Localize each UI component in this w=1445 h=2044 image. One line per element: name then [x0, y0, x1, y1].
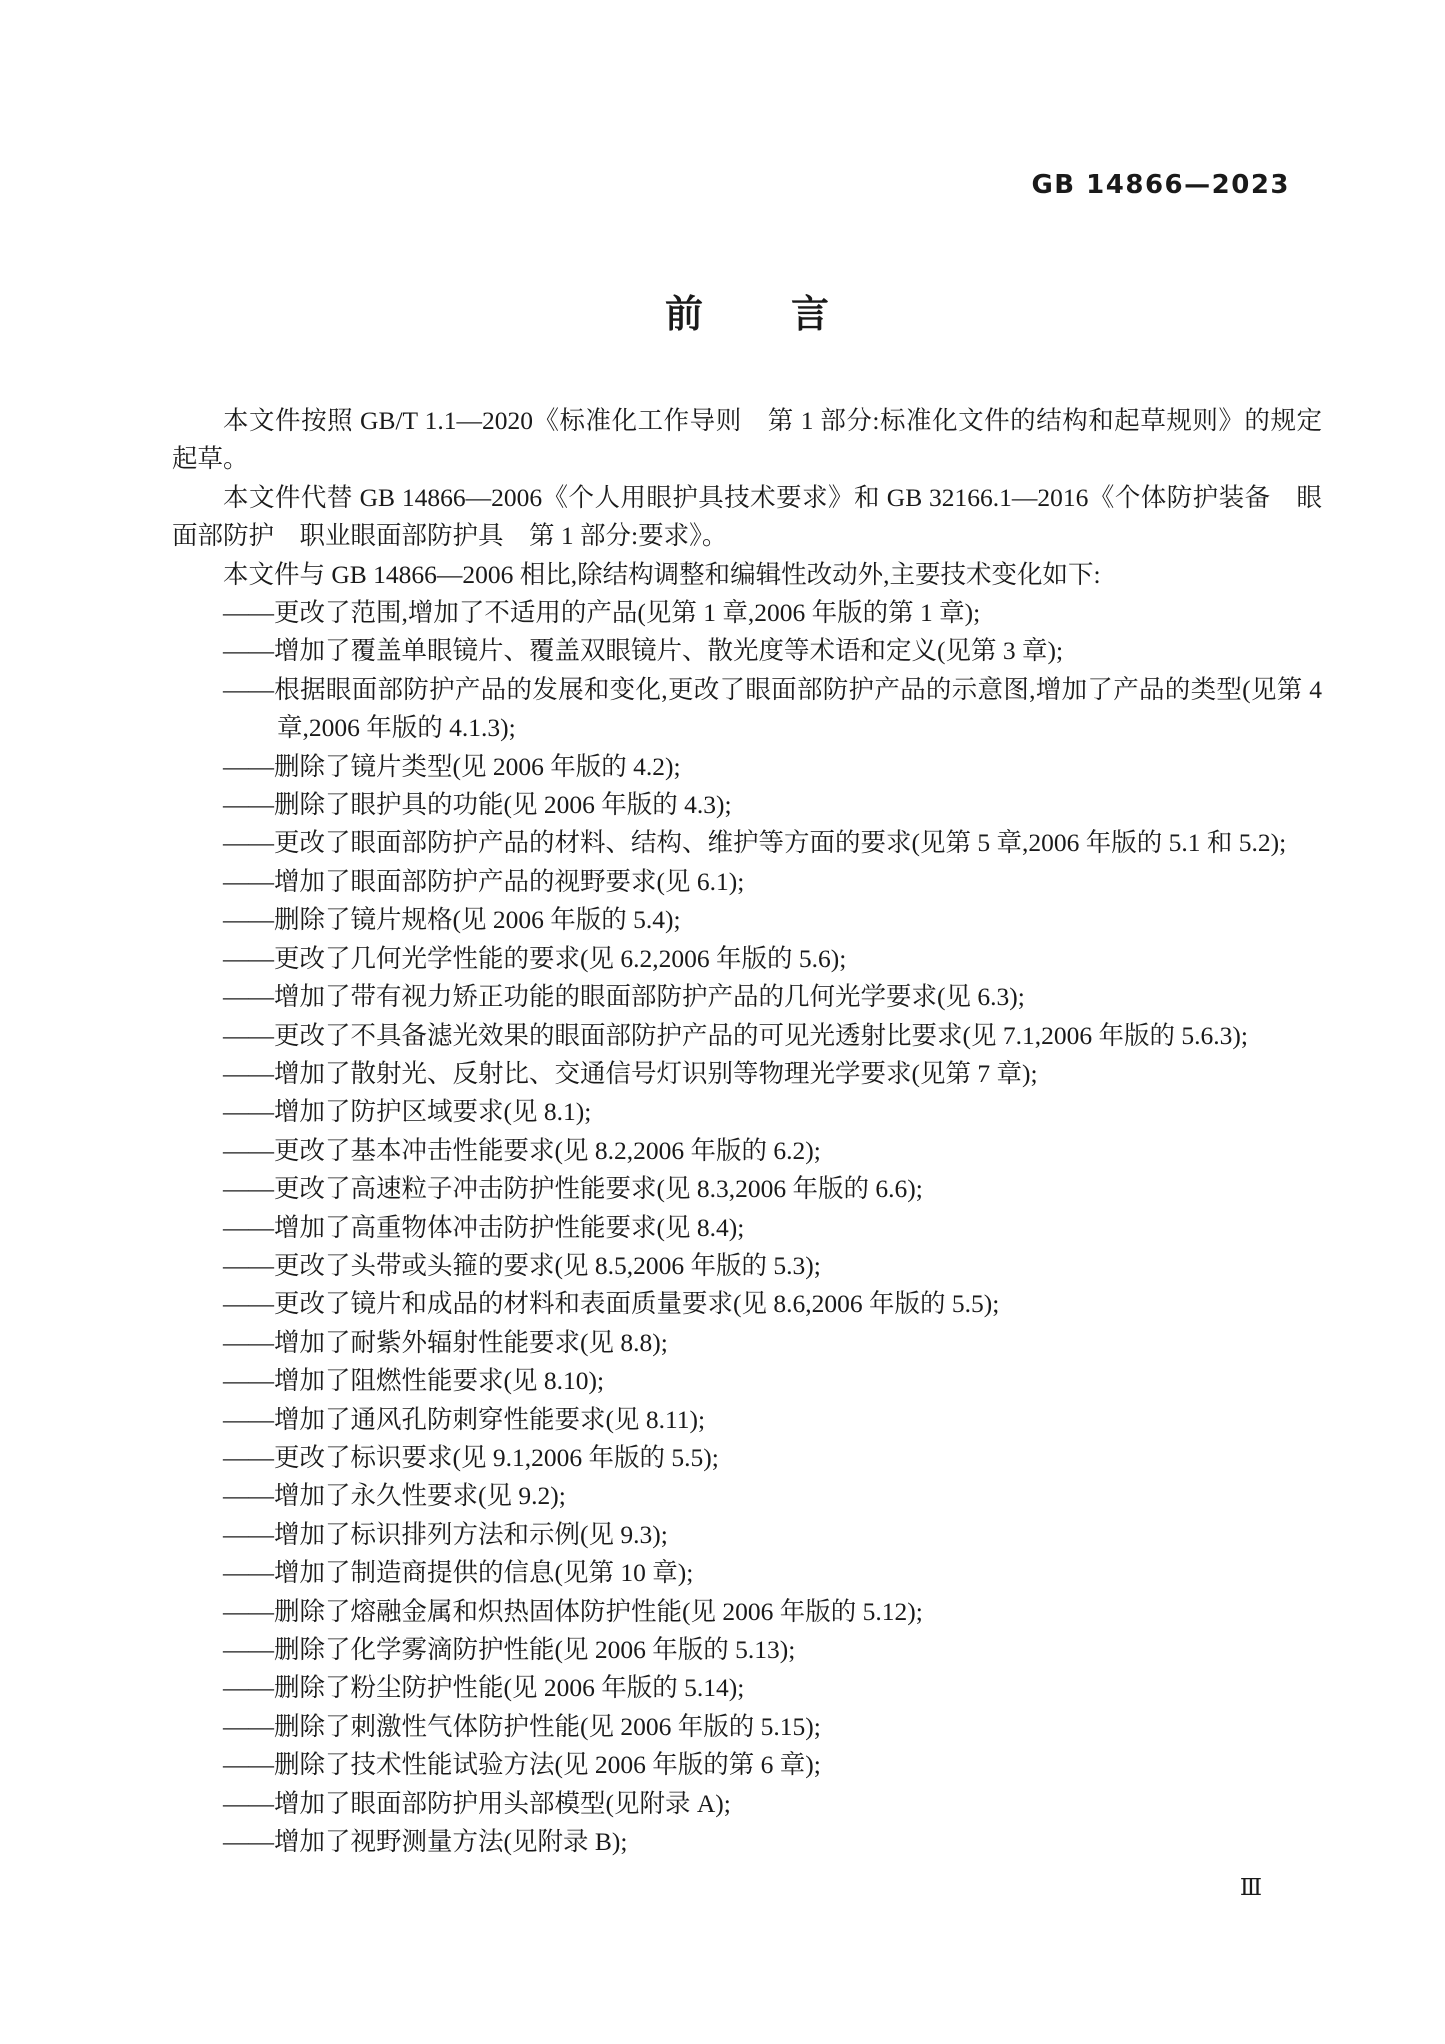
list-item: ——增加了永久性要求(见 9.2);: [172, 1477, 1322, 1515]
list-item: ——删除了镜片规格(见 2006 年版的 5.4);: [172, 901, 1322, 939]
list-item: ——增加了覆盖单眼镜片、覆盖双眼镜片、散光度等术语和定义(见第 3 章);: [172, 632, 1322, 670]
paragraph-group: 本文件按照 GB/T 1.1—2020《标准化工作导则 第 1 部分:标准化文件…: [172, 402, 1322, 594]
list-item: ——根据眼面部防护产品的发展和变化,更改了眼面部防护产品的示意图,增加了产品的类…: [172, 671, 1322, 748]
document-body: 本文件按照 GB/T 1.1—2020《标准化工作导则 第 1 部分:标准化文件…: [172, 402, 1322, 1861]
list-item: ——更改了不具备滤光效果的眼面部防护产品的可见光透射比要求(见 7.1,2006…: [172, 1017, 1322, 1055]
title-char: 言: [791, 293, 829, 337]
list-item: ——删除了熔融金属和炽热固体防护性能(见 2006 年版的 5.12);: [172, 1593, 1322, 1631]
list-item: ——增加了制造商提供的信息(见第 10 章);: [172, 1554, 1322, 1592]
title-char: 前: [665, 293, 703, 337]
document-page: GB 14866—2023 前言 本文件按照 GB/T 1.1—2020《标准化…: [0, 0, 1445, 2044]
change-list: ——更改了范围,增加了不适用的产品(见第 1 章,2006 年版的第 1 章);…: [172, 594, 1322, 1861]
list-item: ——增加了防护区域要求(见 8.1);: [172, 1093, 1322, 1131]
list-item: ——增加了阻燃性能要求(见 8.10);: [172, 1362, 1322, 1400]
list-item: ——增加了高重物体冲击防护性能要求(见 8.4);: [172, 1209, 1322, 1247]
list-item: ——增加了眼面部防护用头部模型(见附录 A);: [172, 1785, 1322, 1823]
list-item: ——删除了技术性能试验方法(见 2006 年版的第 6 章);: [172, 1746, 1322, 1784]
list-item: ——更改了基本冲击性能要求(见 8.2,2006 年版的 6.2);: [172, 1132, 1322, 1170]
list-item: ——删除了刺激性气体防护性能(见 2006 年版的 5.15);: [172, 1708, 1322, 1746]
list-item: ——增加了眼面部防护产品的视野要求(见 6.1);: [172, 863, 1322, 901]
paragraph: 本文件按照 GB/T 1.1—2020《标准化工作导则 第 1 部分:标准化文件…: [172, 402, 1322, 479]
list-item: ——增加了通风孔防刺穿性能要求(见 8.11);: [172, 1401, 1322, 1439]
list-item: ——更改了几何光学性能的要求(见 6.2,2006 年版的 5.6);: [172, 940, 1322, 978]
page-number: Ⅲ: [172, 1874, 1262, 1902]
list-item: ——删除了化学雾滴防护性能(见 2006 年版的 5.13);: [172, 1631, 1322, 1669]
paragraph: 本文件与 GB 14866—2006 相比,除结构调整和编辑性改动外,主要技术变…: [172, 556, 1322, 594]
paragraph: 本文件代替 GB 14866—2006《个人用眼护具技术要求》和 GB 3216…: [172, 479, 1322, 556]
list-item: ——更改了眼面部防护产品的材料、结构、维护等方面的要求(见第 5 章,2006 …: [172, 824, 1322, 862]
list-item: ——更改了镜片和成品的材料和表面质量要求(见 8.6,2006 年版的 5.5)…: [172, 1285, 1322, 1323]
list-item: ——增加了耐紫外辐射性能要求(见 8.8);: [172, 1324, 1322, 1362]
page-title: 前言: [172, 293, 1322, 337]
list-item: ——更改了头带或头箍的要求(见 8.5,2006 年版的 5.3);: [172, 1247, 1322, 1285]
list-item: ——增加了散射光、反射比、交通信号灯识别等物理光学要求(见第 7 章);: [172, 1055, 1322, 1093]
list-item: ——增加了视野测量方法(见附录 B);: [172, 1823, 1322, 1861]
list-item: ——更改了标识要求(见 9.1,2006 年版的 5.5);: [172, 1439, 1322, 1477]
list-item: ——删除了眼护具的功能(见 2006 年版的 4.3);: [172, 786, 1322, 824]
list-item: ——增加了带有视力矫正功能的眼面部防护产品的几何光学要求(见 6.3);: [172, 978, 1322, 1016]
list-item: ——增加了标识排列方法和示例(见 9.3);: [172, 1516, 1322, 1554]
list-item: ——更改了高速粒子冲击防护性能要求(见 8.3,2006 年版的 6.6);: [172, 1170, 1322, 1208]
list-item: ——删除了粉尘防护性能(见 2006 年版的 5.14);: [172, 1669, 1322, 1707]
list-item: ——删除了镜片类型(见 2006 年版的 4.2);: [172, 748, 1322, 786]
list-item: ——更改了范围,增加了不适用的产品(见第 1 章,2006 年版的第 1 章);: [172, 594, 1322, 632]
standard-number-header: GB 14866—2023: [172, 170, 1290, 200]
